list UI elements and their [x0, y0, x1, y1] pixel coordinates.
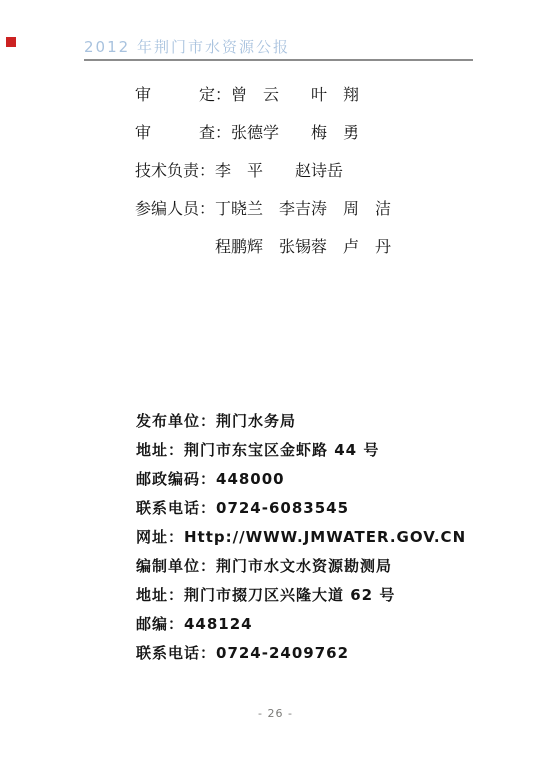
credit-line-approved-by: 审 定：曾 云 叶 翔 [135, 87, 391, 103]
credit-line-contributors-continued: 程鹏辉 张锡蓉 卢 丹 [135, 239, 391, 255]
publisher-address-line: 地址：荆门市东宝区金虾路 44 号 [136, 442, 466, 458]
credit-line-technical-lead: 技术负责：李 平 赵诗岳 [135, 163, 391, 179]
document-title: 2012 年荆门市水资源公报 [84, 38, 290, 56]
credit-line-contributors: 参编人员：丁晓兰 李吉涛 周 洁 [135, 201, 391, 217]
compiler-phone-line: 联系电话：0724-2409762 [136, 645, 466, 661]
publisher-line: 发布单位：荆门水务局 [136, 413, 466, 429]
website-line: 网址：Http://WWW.JMWATER.GOV.CN [136, 529, 466, 545]
credit-line-reviewed-by: 审 查：张德学 梅 勇 [135, 125, 391, 141]
phone-line: 联系电话：0724-6083545 [136, 500, 466, 516]
credits-section: 审 定：曾 云 叶 翔 审 查：张德学 梅 勇 技术负责：李 平 赵诗岳 参编人… [135, 87, 391, 277]
page-number: - 26 - [0, 707, 551, 721]
red-square-marker-icon [6, 37, 16, 47]
colophon-section: 发布单位：荆门水务局 地址：荆门市东宝区金虾路 44 号 邮政编码：448000… [136, 413, 466, 674]
page-header: 2012 年荆门市水资源公报 [84, 37, 473, 61]
compiler-address-line: 地址：荆门市掇刀区兴隆大道 62 号 [136, 587, 466, 603]
compiler-postal-code-line: 邮编：448124 [136, 616, 466, 632]
document-page: 2012 年荆门市水资源公报 审 定：曾 云 叶 翔 审 查：张德学 梅 勇 技… [0, 0, 551, 780]
postal-code-line: 邮政编码：448000 [136, 471, 466, 487]
compiler-line: 编制单位：荆门市水文水资源勘测局 [136, 558, 466, 574]
